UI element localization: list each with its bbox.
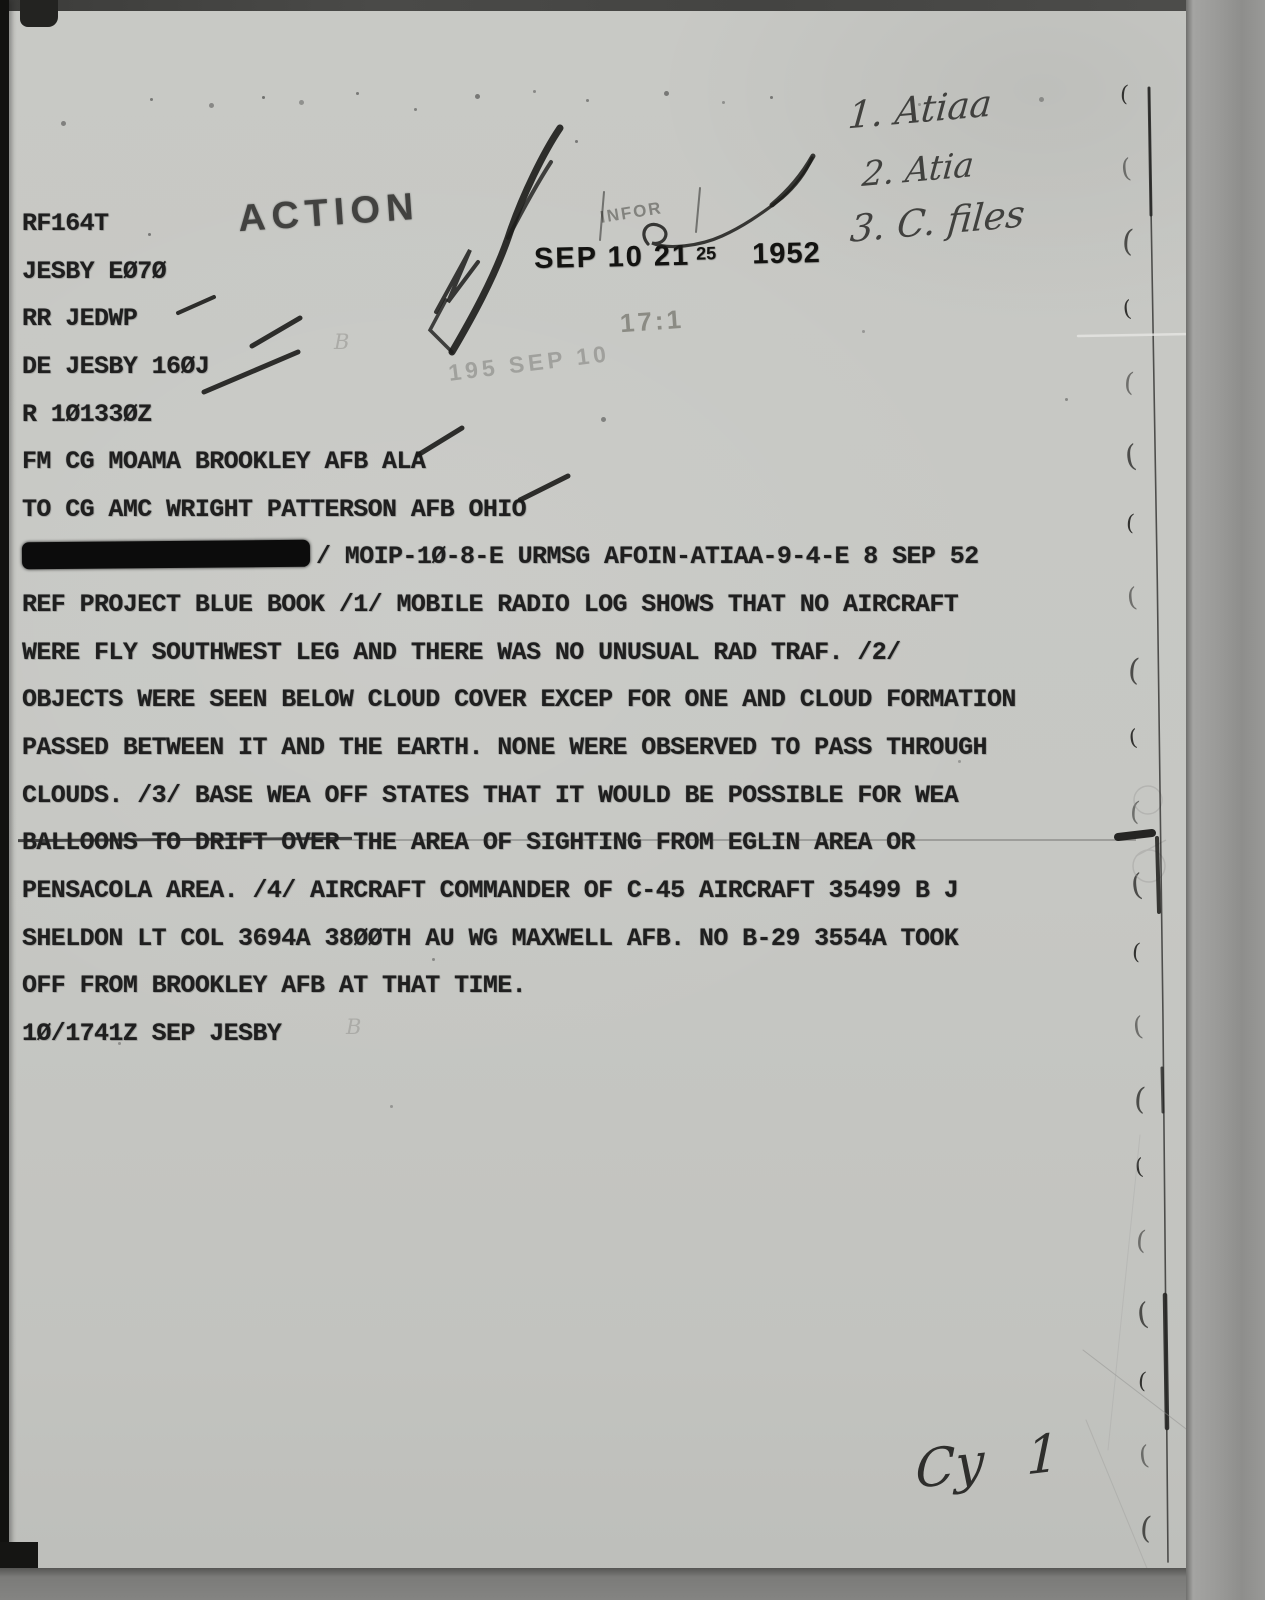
routing-note-2: 2. Atia	[860, 145, 975, 195]
scratch	[1108, 1135, 1140, 1450]
binding-ring-mark: (	[1134, 1156, 1145, 1179]
faint-time-stamp: 17:1	[619, 304, 685, 339]
binding-ring-mark: (	[1120, 155, 1133, 182]
right-scan-margin	[1186, 0, 1265, 1600]
received-minutes-text: 25	[696, 243, 716, 263]
telegram-line: BALLOONS TO DRIFT OVER THE AREA OF SIGHT…	[22, 819, 1152, 867]
stray-mark-bottom: B	[346, 1015, 361, 1039]
telegram-line: WERE FLY SOUTHWEST LEG AND THERE WAS NO …	[22, 629, 1152, 677]
binding-ring-mark: (	[1135, 1228, 1147, 1255]
stray-mark-top: B	[334, 330, 349, 354]
telegram-line: PASSED BETWEEN IT AND THE EARTH. NONE WE…	[22, 724, 1152, 772]
telegram-line: / MOIP-1Ø-8-E URMSG AFOIN-ATIAA-9-4-E 8 …	[22, 533, 1152, 581]
telegram-line: REF PROJECT BLUE BOOK /1/ MOBILE RADIO L…	[22, 581, 1152, 629]
routing-note-1: 1. Atiaa	[846, 81, 993, 137]
binding-ring-mark: (	[1138, 1442, 1151, 1469]
telegram-line: R 1Ø133ØZ	[22, 391, 1152, 439]
paper-edge-crease	[1165, 1295, 1167, 1428]
scanned-telegram-page: RF164TJESBY EØ7ØRR JEDWPDE JESBY 16ØJR 1…	[0, 0, 1265, 1600]
binding-ring-mark: (	[1125, 513, 1135, 536]
binding-ring-mark: (	[1127, 656, 1141, 687]
telegram-line: FM CG MOAMA BROOKLEY AFB ALA	[22, 438, 1152, 486]
received-date-text: SEP 10 21	[534, 240, 691, 275]
binding-ring-mark: (	[1129, 799, 1141, 826]
binding-ring-mark: (	[1123, 370, 1135, 397]
telegram-line: OBJECTS WERE SEEN BELOW CLOUD COVER EXCE…	[22, 676, 1152, 724]
telegram-lines: RF164TJESBY EØ7ØRR JEDWPDE JESBY 16ØJR 1…	[22, 200, 1152, 1058]
binding-ring-mark: (	[1121, 227, 1135, 258]
binding-ring-mark: (	[1131, 942, 1141, 965]
telegram-line: 1Ø/1741Z SEP JESBY	[22, 1010, 1152, 1058]
telegram-line: TO CG AMC WRIGHT PATTERSON AFB OHIO	[22, 486, 1152, 534]
binding-ring-mark: (	[1133, 1085, 1147, 1116]
binding-ring-mark: (	[1139, 1514, 1153, 1545]
paper-edge-crease	[1149, 88, 1151, 215]
bottom-edge-band	[0, 1568, 1186, 1600]
redaction-bar	[22, 540, 310, 570]
received-year-text: 1952	[752, 237, 821, 270]
binding-ring-mark: (	[1135, 1299, 1150, 1330]
copy-number-note: Cy 1	[915, 1423, 1060, 1501]
telegram-line: CLOUDS. /3/ BASE WEA OFF STATES THAT IT …	[22, 772, 1152, 820]
top-edge-band	[0, 0, 1265, 11]
received-date-stamp: SEP 10 21251952	[534, 237, 821, 276]
binding-ring-mark: (	[1119, 84, 1129, 107]
pen-swirl	[772, 156, 813, 205]
paper-edge-crease	[1162, 1068, 1163, 1112]
paper-edge-crease	[1157, 838, 1159, 912]
telegram-line: PENSACOLA AREA. /4/ AIRCRAFT COMMANDER O…	[22, 867, 1152, 915]
binding-ring-mark: (	[1137, 1371, 1147, 1394]
top-edge-blob	[20, 0, 58, 27]
telegram-line: OFF FROM BROOKLEY AFB AT THAT TIME.	[22, 962, 1152, 1010]
left-edge-band	[0, 0, 9, 1600]
telegram-line: RR JEDWP	[22, 295, 1152, 343]
telegram-line: SHELDON LT COL 3694A 38ØØTH AU WG MAXWEL…	[22, 915, 1152, 963]
